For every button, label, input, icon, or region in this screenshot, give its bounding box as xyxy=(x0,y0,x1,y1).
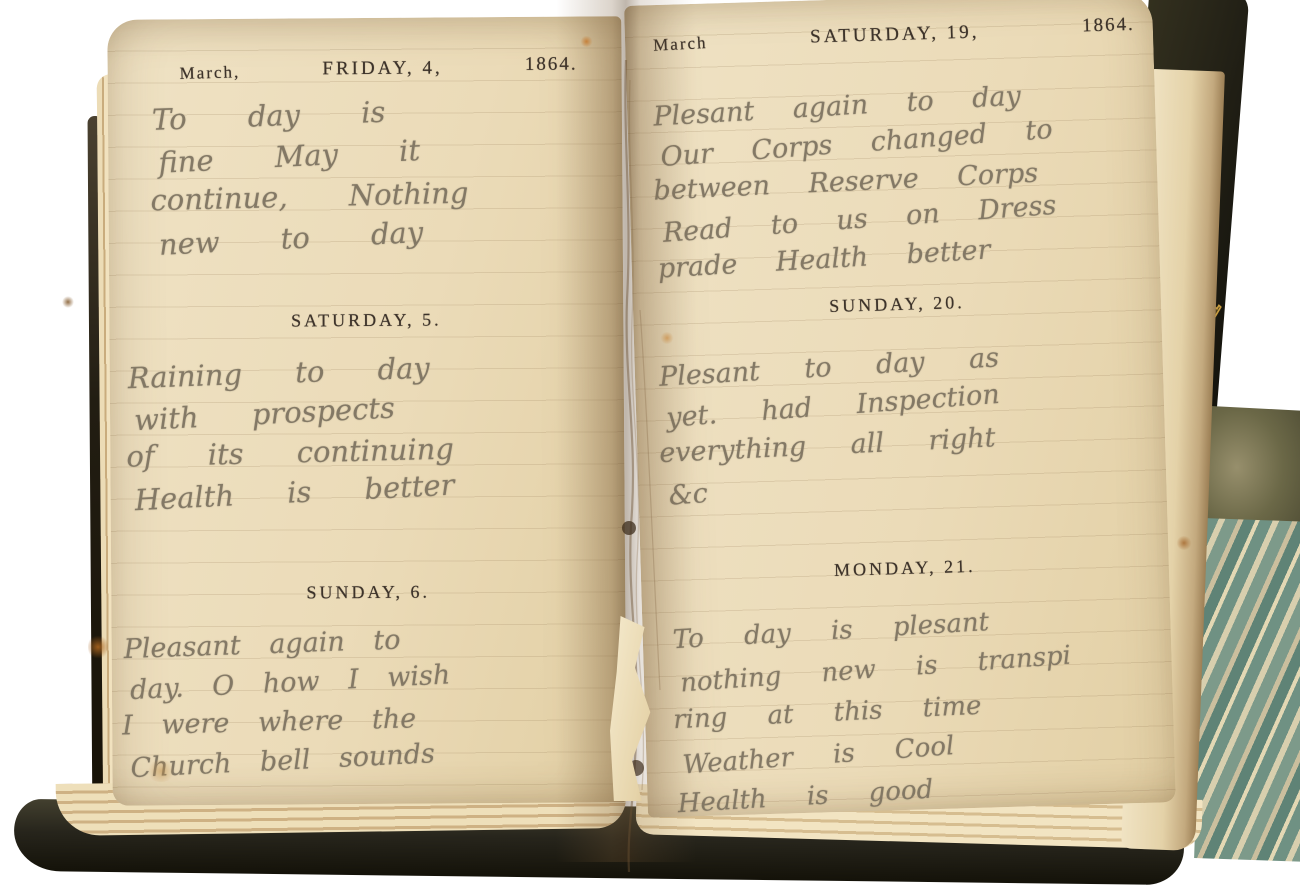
handwritten-entry-monday-21: To day is plesant nothing new is transpi… xyxy=(672,603,1069,820)
right-page-header: March SATURDAY, 19, 1864. xyxy=(625,16,1153,54)
section-heading-saturday-5: SATURDAY, 5. xyxy=(109,308,623,333)
section-heading-sunday-20: SUNDAY, 20. xyxy=(633,286,1161,323)
month-label: March, xyxy=(179,62,240,84)
right-page: March SATURDAY, 19, 1864. Plesant again … xyxy=(624,0,1176,818)
left-page: March, FRIDAY, 4, 1864. To day is fine M… xyxy=(107,16,626,806)
section-heading-monday-21: MONDAY, 21. xyxy=(641,550,1169,587)
marbled-endpaper xyxy=(1194,518,1300,862)
day-date-heading: SATURDAY, 19, xyxy=(810,21,980,48)
handwritten-entry-saturday-19: Plesant again to day Our Corps changed t… xyxy=(653,81,1053,283)
day-date-heading: FRIDAY, 4, xyxy=(322,57,442,80)
year-label: 1864. xyxy=(525,54,578,76)
diary-photograph: DIARY March, FRIDAY, 4, 1864. To day is … xyxy=(0,0,1300,889)
handwritten-entry-sunday-6: Pleasant again to day. O how I wish I we… xyxy=(123,623,445,781)
stain xyxy=(62,296,74,308)
handwritten-entry-sunday-20: Plesant to day as yet. had Inspection ev… xyxy=(658,343,1003,509)
handwritten-entry-friday-4: To day is fine May it continue, Nothing … xyxy=(152,93,471,259)
left-page-header: March, FRIDAY, 4, 1864. xyxy=(108,56,622,82)
month-label: March xyxy=(653,33,708,56)
section-heading-sunday-6: SUNDAY, 6. xyxy=(111,580,625,605)
handwritten-entry-saturday-5: Raining to day with prospects of its con… xyxy=(128,351,457,513)
year-label: 1864. xyxy=(1082,14,1135,38)
